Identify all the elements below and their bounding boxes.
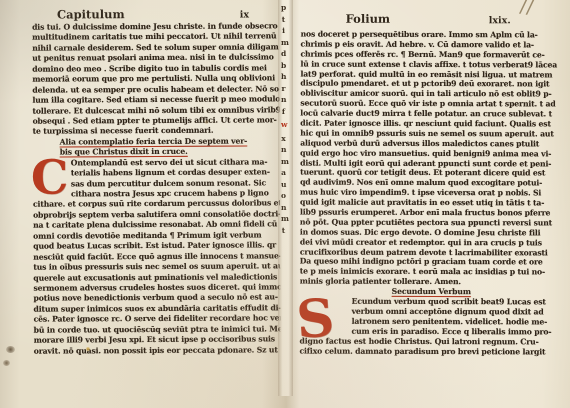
initial-letter: C xyxy=(31,155,69,200)
text-block: cithare. et corpus suū rite cordarum per… xyxy=(33,199,281,357)
text-line: nō pōt. Qua ppter pcutiētes pectora sua … xyxy=(300,217,570,228)
folio-number: ix xyxy=(240,10,249,21)
text-line: quod beatus Lucas scribit. Est istud. Pa… xyxy=(33,241,280,253)
right-page: Folium lxix. nos doceret p persequētibus… xyxy=(294,0,570,408)
text-line: oravit. nō quasi. non possit ipis eor pe… xyxy=(34,345,281,357)
gutter-fragment-red: w xyxy=(281,119,290,131)
gutter-fragment: ptimdbhrnf xyxy=(281,2,290,117)
text-line: cifixo celum. damnato paradisum pro brev… xyxy=(299,346,569,357)
header-title: Capitulum xyxy=(57,7,125,21)
text-block: nos doceret p persequētibus orare. Immo … xyxy=(300,30,570,288)
text-line: cithara nostra Jesus xpc crucem habens p… xyxy=(71,188,280,200)
text-line: lū in cruce sunt extense t clavis affixe… xyxy=(300,59,570,70)
text-line: in domos suas. Dic ergo devote. O domine… xyxy=(300,227,570,238)
header-title: Folium xyxy=(346,12,391,26)
gutter-fragment: xnmauonmt xyxy=(281,133,290,237)
initial-lines: Ecundum verbum quod scribit beat9 Lucas … xyxy=(352,297,570,337)
initial-lines: Ontemplandū est servo dei ut sicut citha… xyxy=(71,157,280,200)
text-line: hic qui in omnib9 pssuris suis ne semel … xyxy=(300,128,570,139)
book-photo: Capitulum ix dis tui. O dulcissime domin… xyxy=(0,0,570,408)
folio-number: lxix. xyxy=(489,15,511,26)
text-line: lum illa cogitare. Sed etiam si necesse … xyxy=(32,94,279,106)
initial-letter: S xyxy=(295,293,336,345)
text-block: digno factus est hodie Christus. Qui lat… xyxy=(299,336,569,357)
text-line: dei vivi mūdi creator et redemptor. qui … xyxy=(300,237,570,248)
initial-paragraph: S Ecundum verbum quod scribit beat9 Luca… xyxy=(300,297,570,338)
text-column: nos doceret p persequētibus orare. Immo … xyxy=(294,30,570,357)
chapter-heading: Alia contemplatio feria tercia De septem… xyxy=(33,136,280,158)
chapter-heading-line: Alia contemplatio feria tercia De septem… xyxy=(60,136,280,148)
page-header: Capitulum ix xyxy=(27,0,279,23)
initial-paragraph: C Ontemplandū est servo dei ut sicut cit… xyxy=(33,157,280,200)
text-line: quid ergo hoc viro mansuetius. quid beni… xyxy=(300,148,570,159)
text-line: Ecundum verbum quod scribit beat9 Lucas … xyxy=(352,297,570,308)
chapter-heading-line: Secundum Verbum xyxy=(392,287,570,298)
text-line: tus in oībus pressuris suis nec semel os… xyxy=(33,261,280,273)
text-block: dis tui. O dulcissime domine Jesu christ… xyxy=(32,21,280,137)
text-line: aliquod verbū durū adversus illos maledi… xyxy=(300,138,570,149)
edge-smudge xyxy=(6,346,15,353)
gutter-strip: ptimdbhrnf w xnmauonmt xyxy=(278,0,293,396)
text-line: terialis habens lignum et cordas desuper… xyxy=(71,167,280,179)
text-line: cum eris in paradiso. Ecce q liberalis i… xyxy=(352,326,570,337)
text-line: memoriā eorum que pro me pertulisti. Nul… xyxy=(32,74,279,86)
text-line: chrimis p eis oravit. Ad hebre. v. Cū da… xyxy=(301,39,570,50)
text-line: obsequi . Sed etiam ppter te ptumelijs a… xyxy=(33,115,280,127)
text-line: digno factus est hodie Christus. Qui lat… xyxy=(300,336,570,347)
text-line: verbum omni acceptōne dignum quod dixit … xyxy=(352,307,570,318)
left-page: Capitulum ix dis tui. O dulcissime domin… xyxy=(27,0,281,408)
text-line: morare illi9 verbi Jesu xpi. Et sicut ip… xyxy=(34,334,281,346)
text-line: minis gloria patienter tollerare. Amen. xyxy=(300,277,570,288)
edge-smudge xyxy=(3,360,10,366)
text-line: chrimis pces offerēs rc. ¶ Bernū. Man9 q… xyxy=(301,49,570,60)
text-line: latronem sero penitentem. videlicet. hod… xyxy=(352,317,570,328)
text-column: dis tui. O dulcissime domine Jesu christ… xyxy=(27,21,281,356)
